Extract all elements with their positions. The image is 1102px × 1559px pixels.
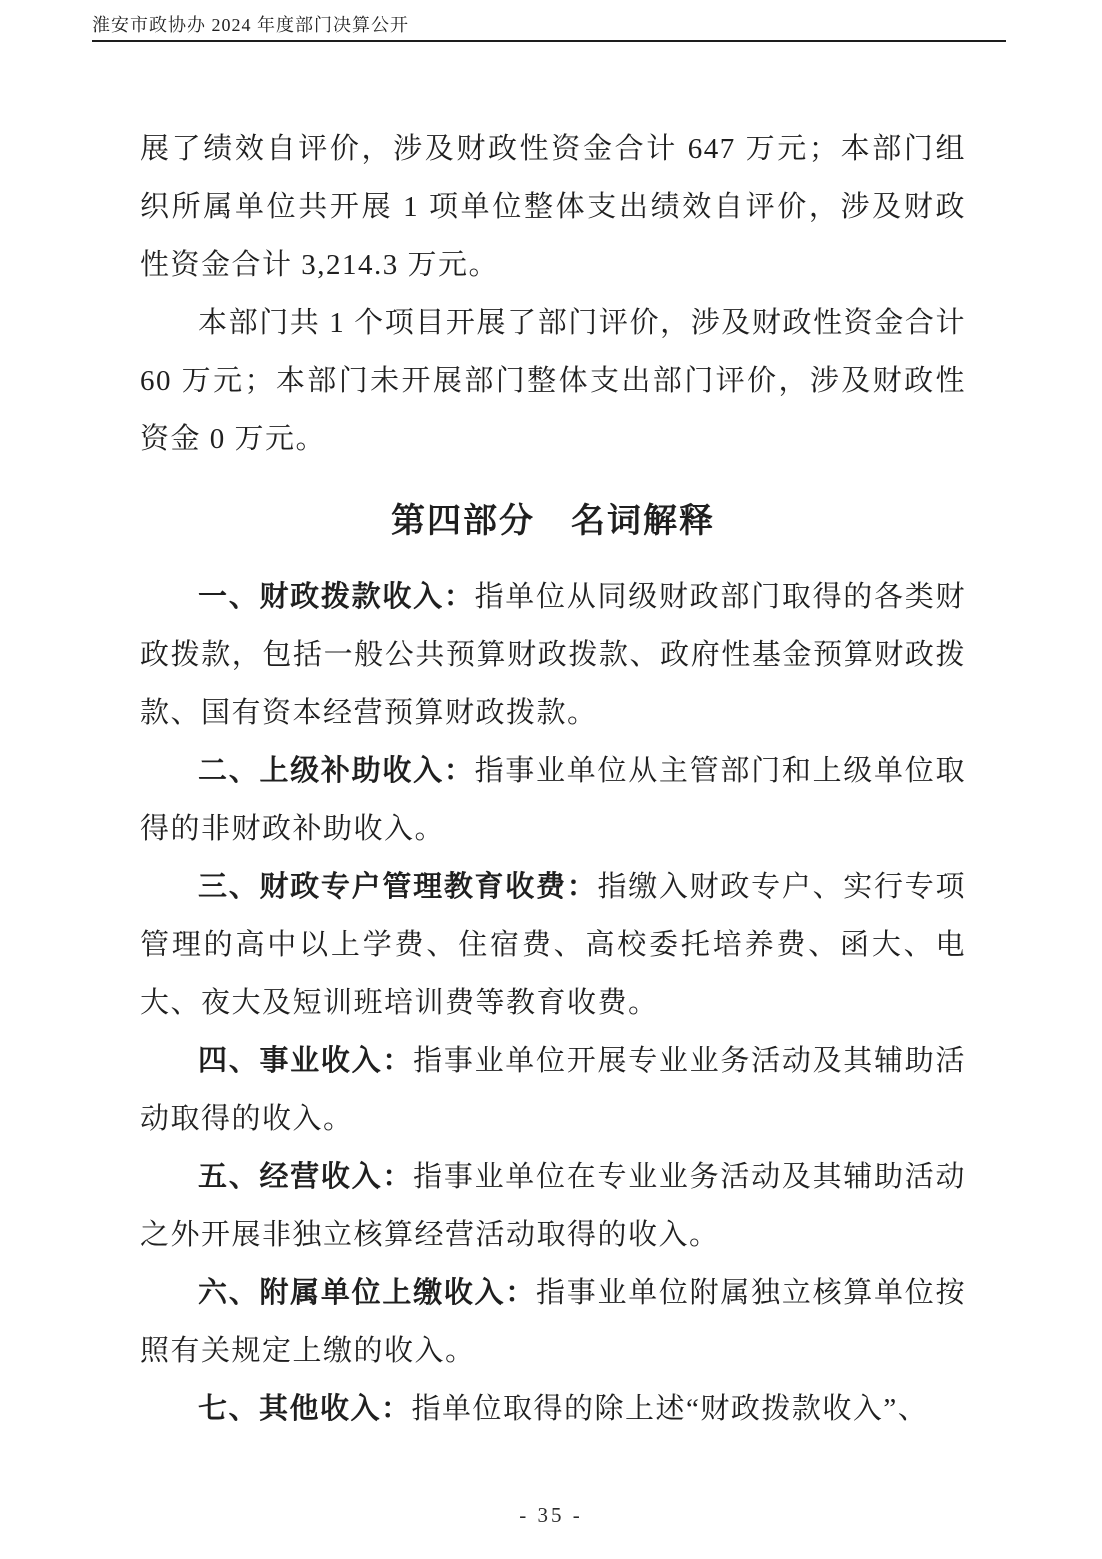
document-content: 展了绩效自评价，涉及财政性资金合计 647 万元；本部门组织所属单位共开展 1 … <box>140 120 966 1438</box>
page-number: - 35 - <box>519 1503 583 1527</box>
paragraph-department-evaluation: 本部门共 1 个项目开展了部门评价，涉及财政性资金合计 60 万元；本部门未开展… <box>140 294 966 468</box>
definition-term: 七、其他收入： <box>198 1393 412 1425</box>
definition-item: 三、财政专户管理教育收费：指缴入财政专户、实行专项管理的高中以上学费、住宿费、高… <box>140 858 966 1032</box>
page-header: 淮安市政协办 2024 年度部门决算公开 <box>92 13 1006 42</box>
definition-item: 一、财政拨款收入：指单位从同级财政部门取得的各类财政拨款，包括一般公共预算财政拨… <box>140 568 966 742</box>
definition-term: 三、财政专户管理教育收费： <box>198 871 597 903</box>
definition-term: 一、财政拨款收入： <box>198 581 475 613</box>
section-heading: 第四部分 名词解释 <box>140 498 966 546</box>
definition-desc: 指单位取得的除上述“财政拨款收入”、 <box>412 1393 929 1425</box>
header-rule <box>92 40 1006 42</box>
definition-term: 五、经营收入： <box>198 1161 413 1193</box>
definition-item: 七、其他收入：指单位取得的除上述“财政拨款收入”、 <box>140 1380 966 1438</box>
header-title: 淮安市政协办 2024 年度部门决算公开 <box>92 13 1006 37</box>
definition-item: 六、附属单位上缴收入：指事业单位附属独立核算单位按照有关规定上缴的收入。 <box>140 1264 966 1380</box>
definition-item: 四、事业收入：指事业单位开展专业业务活动及其辅助活动取得的收入。 <box>140 1032 966 1148</box>
definition-item: 五、经营收入：指事业单位在专业业务活动及其辅助活动之外开展非独立核算经营活动取得… <box>140 1148 966 1264</box>
definition-term: 六、附属单位上缴收入： <box>198 1277 536 1309</box>
definition-term: 二、上级补助收入： <box>198 755 475 787</box>
definition-item: 二、上级补助收入：指事业单位从主管部门和上级单位取得的非财政补助收入。 <box>140 742 966 858</box>
document-page: 淮安市政协办 2024 年度部门决算公开 展了绩效自评价，涉及财政性资金合计 6… <box>0 0 1102 1559</box>
paragraph-continuation: 展了绩效自评价，涉及财政性资金合计 647 万元；本部门组织所属单位共开展 1 … <box>140 120 966 294</box>
page-footer: - 35 - <box>0 1503 1102 1528</box>
definition-term: 四、事业收入： <box>198 1045 413 1077</box>
